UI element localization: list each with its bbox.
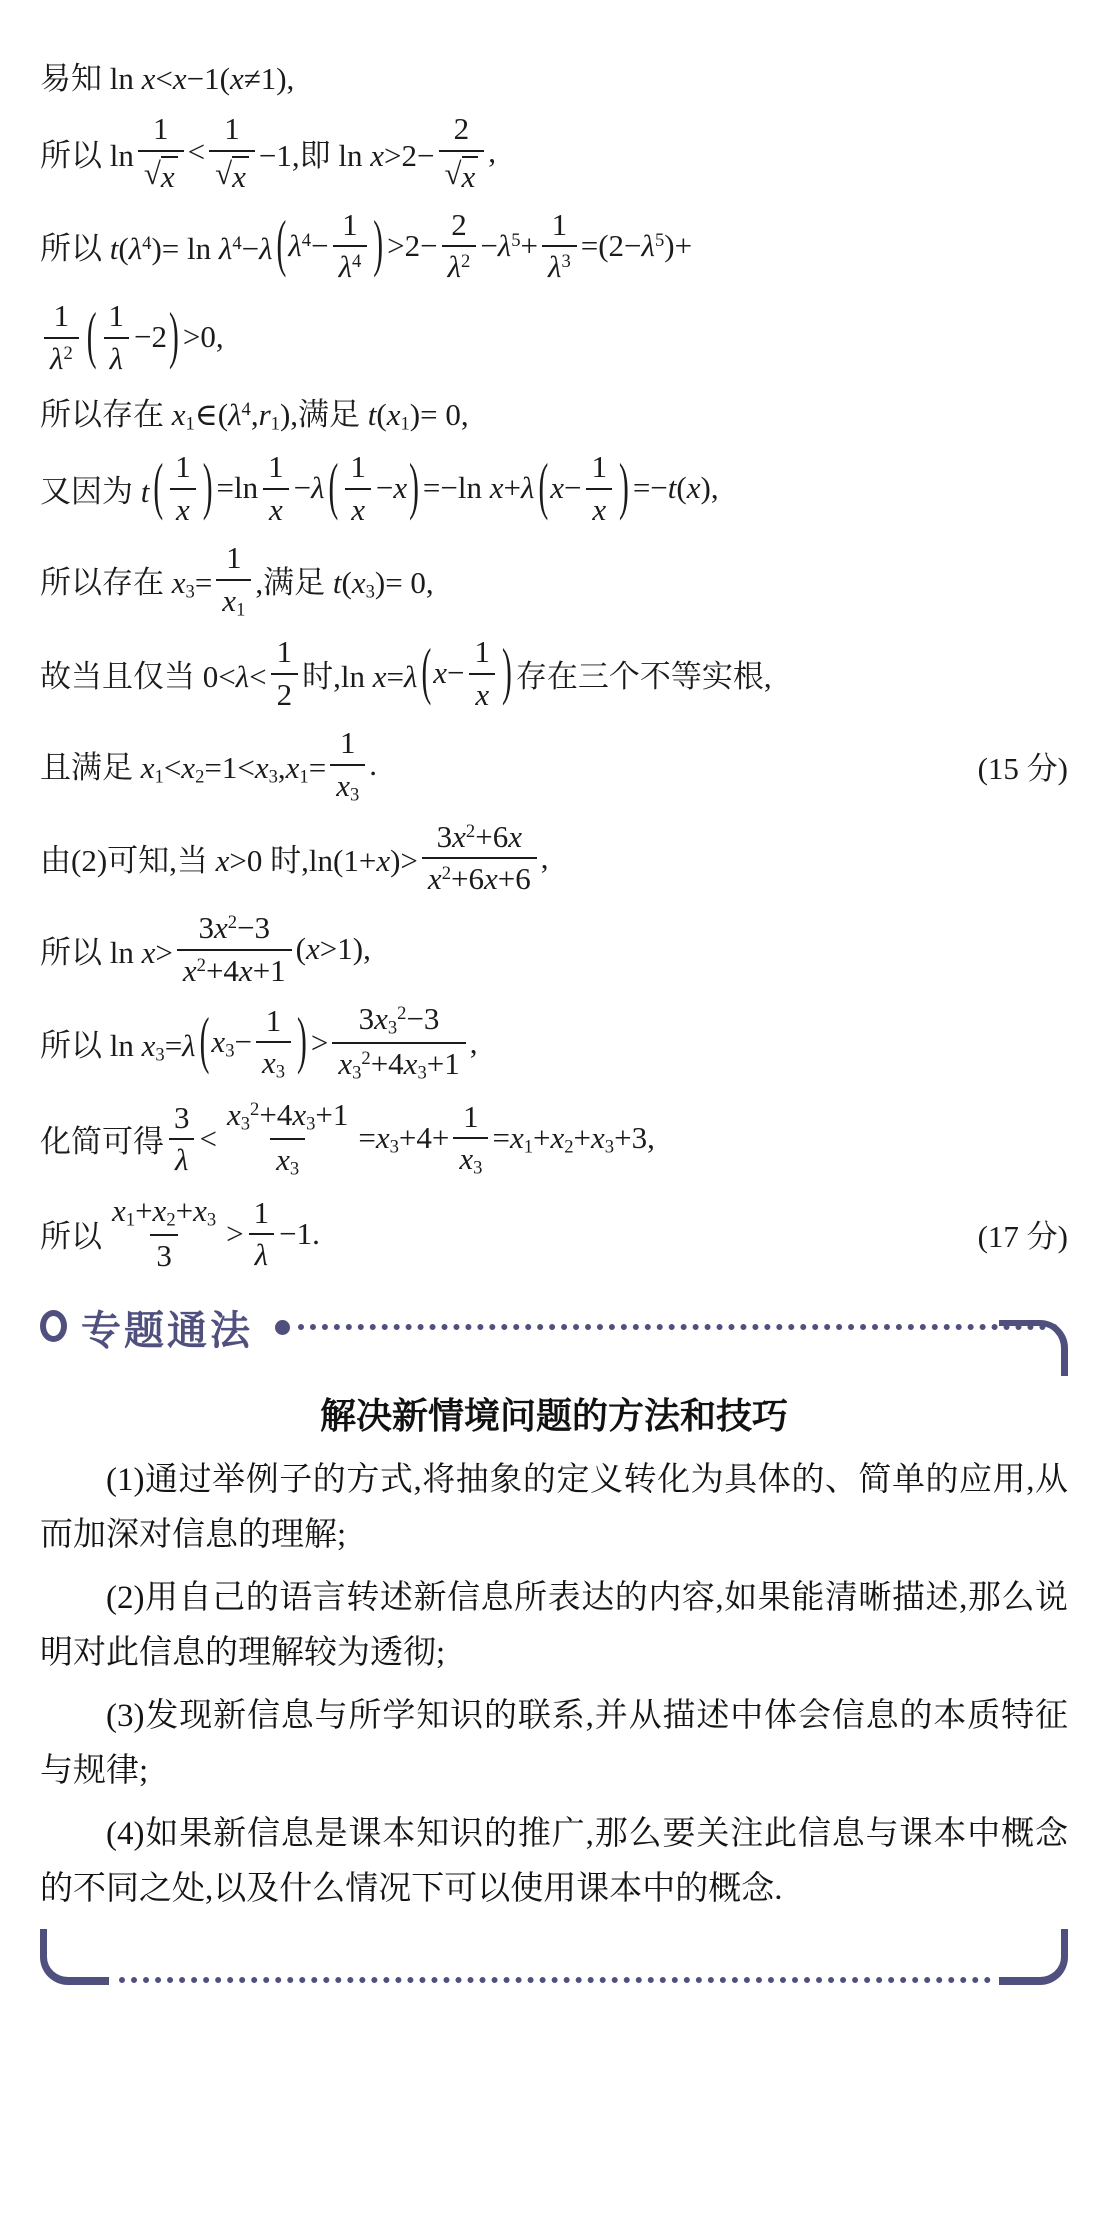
math-line: 所以x1+x2+x33>1λ−1.(17 分) bbox=[40, 1193, 1068, 1274]
bullet-dot-icon bbox=[275, 1320, 290, 1335]
math-line: 由(2)可知,当 x>0 时,ln(1+x)>3x2+6xx2+6x+6, bbox=[40, 819, 1068, 897]
math-line: 所以 ln x>3x2−3x2+4x+1(x>1), bbox=[40, 910, 1068, 988]
math-line: 所以 t(λ4)= ln λ4−λ(λ4−1λ4)>2−2λ2−λ5+1λ3=(… bbox=[40, 207, 1068, 285]
math-line: 化简可得3λ<x32+4x3+1x3=x3+4+1x3=x1+x2+x3+3, bbox=[40, 1097, 1068, 1180]
tips-list: (1)通过举例子的方式,将抽象的定义转化为具体的、简单的应用,从而加深对信息的理… bbox=[40, 1453, 1068, 1917]
tip-item-2: (2)用自己的语言转述新信息所表达的内容,如果能清晰描述,那么说明对此信息的理解… bbox=[40, 1571, 1068, 1681]
math-line: 易知 ln x<x−1(x≠1), bbox=[40, 53, 1068, 98]
math-line: 所以 ln 1√x<1√x−1,即 ln x>2−2√x, bbox=[40, 111, 1068, 194]
math-line: 故当且仅当 0<λ<12时,ln x=λ(x−1x)存在三个不等实根, bbox=[40, 634, 1068, 712]
math-line: 1λ2(1λ−2)>0, bbox=[40, 298, 1068, 376]
box-bottom-border bbox=[40, 1927, 1068, 1985]
box-corner-top-right bbox=[999, 1320, 1068, 1376]
dotted-rule-bottom bbox=[119, 1977, 991, 1983]
ring-icon bbox=[40, 1310, 67, 1342]
math-line: 且满足 x1<x2=1<x3,x1=1x3.(15 分) bbox=[40, 725, 1068, 806]
tip-item-4: (4)如果新信息是课本知识的推广,那么要关注此信息与课本中概念的不同之处,以及什… bbox=[40, 1807, 1068, 1917]
document-page: 易知 ln x<x−1(x≠1),所以 ln 1√x<1√x−1,即 ln x>… bbox=[0, 0, 1114, 1985]
tip-item-3: (3)发现新信息与所学知识的联系,并从描述中体会信息的本质特征与规律; bbox=[40, 1689, 1068, 1799]
topic-method-section: 专题通法 解决新情境问题的方法和技巧 (1)通过举例子的方式,将抽象的定义转化为… bbox=[40, 1292, 1068, 1985]
box-title: 解决新情境问题的方法和技巧 bbox=[40, 1388, 1068, 1439]
dotted-rule-top bbox=[298, 1324, 1058, 1330]
math-solution-block: 易知 ln x<x−1(x≠1),所以 ln 1√x<1√x−1,即 ln x>… bbox=[40, 53, 1068, 1274]
tip-item-1: (1)通过举例子的方式,将抽象的定义转化为具体的、简单的应用,从而加深对信息的理… bbox=[40, 1453, 1068, 1563]
math-line: 所以存在 x3=1x1,满足 t(x3)= 0, bbox=[40, 540, 1068, 621]
score-label: (15 分) bbox=[954, 743, 1068, 788]
topic-header: 专题通法 bbox=[40, 1292, 1068, 1370]
box-corner-bottom-right bbox=[999, 1929, 1068, 1985]
score-label: (17 分) bbox=[954, 1211, 1068, 1256]
box-corner-bottom-left bbox=[40, 1929, 109, 1985]
math-line: 所以 ln x3=λ(x3−1x3)>3x32−3x32+4x3+1, bbox=[40, 1001, 1068, 1084]
math-line: 所以存在 x1∈(λ4,r1),满足 t(x1)= 0, bbox=[40, 389, 1068, 436]
math-line: 又因为 t(1x)=ln 1x−λ(1x−x)=−ln x+λ(x−1x)=−t… bbox=[40, 449, 1068, 527]
topic-header-title: 专题通法 bbox=[81, 1299, 253, 1356]
